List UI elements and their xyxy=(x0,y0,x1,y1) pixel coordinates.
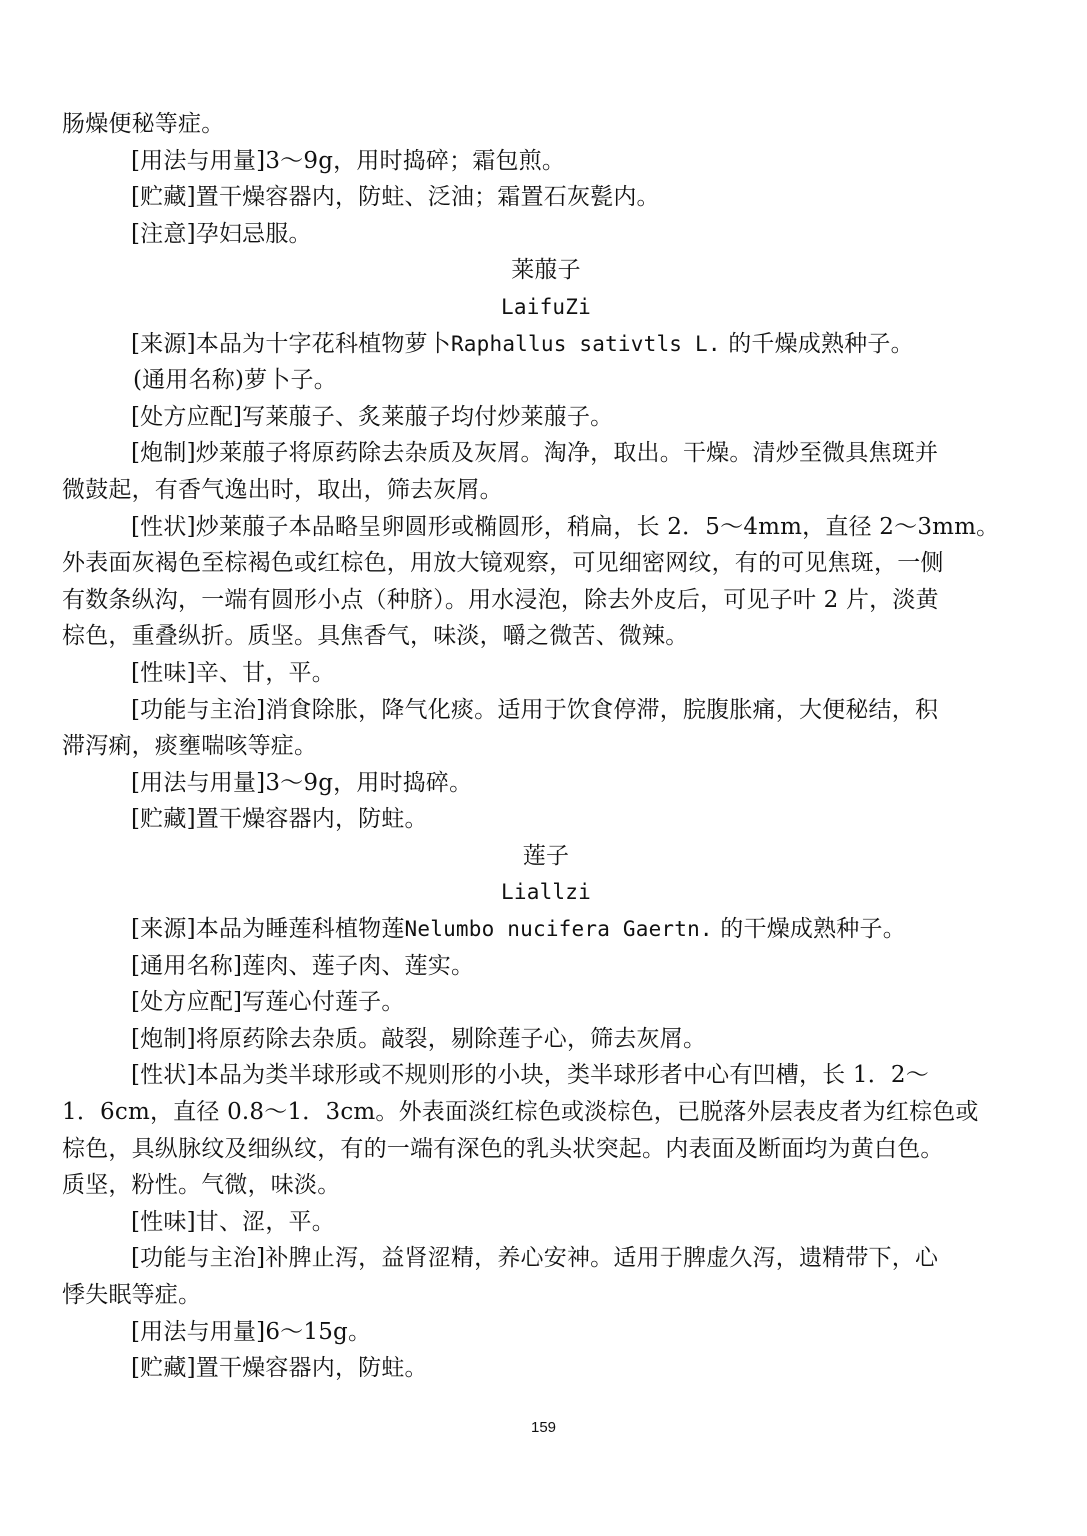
description-line: [性状]炒莱菔子本品略呈卵圆形或椭圆形，稍扁，长 2．5～4mm，直径 2～3m… xyxy=(62,509,1030,546)
entry-source: [来源]本品为睡莲科植物莲Nelumbo nucifera Gaertn. 的干… xyxy=(62,911,1030,948)
page-number: 159 xyxy=(0,1419,1087,1436)
nature-flavor: [性味]辛、甘，平。 xyxy=(62,655,1030,692)
storage: [贮藏]置干燥容器内，防蛀、泛油；霜置石灰甏内。 xyxy=(62,179,1030,216)
description-line: 外表面灰褐色至棕褐色或红棕色，用放大镜观察，可见细密网纹，有的可见焦斑，一侧 xyxy=(62,545,1030,582)
entry-pinyin: Liallzi xyxy=(62,874,1030,911)
latin-name: Nelumbo nucifera Gaertn. xyxy=(405,917,713,941)
functions-line: [功能与主治]消食除胀，降气化痰。适用于饮食停滞，脘腹胀痛，大便秘结，积 xyxy=(62,692,1030,729)
description-line: 棕色，具纵脉纹及细纵纹，有的一端有深色的乳头状突起。内表面及断面均为黄白色。 xyxy=(62,1131,1030,1168)
prescription: [处方应配]写莱菔子、炙莱菔子均付炒莱菔子。 xyxy=(62,399,1030,436)
caution: [注意]孕妇忌服。 xyxy=(62,216,1030,253)
storage: [贮藏]置干燥容器内，防蛀。 xyxy=(62,801,1030,838)
source-suffix: 的千燥成熟种子。 xyxy=(728,331,914,357)
source-prefix: [来源]本品为睡莲科植物莲 xyxy=(131,916,405,942)
entry-title: 莲子 xyxy=(62,838,1030,875)
description-line: 质坚，粉性。气微，味淡。 xyxy=(62,1167,1030,1204)
functions-line: 悸失眠等症。 xyxy=(62,1277,1030,1314)
entry-source: [来源]本品为十字花科植物萝卜Raphallus sativtls L. 的千燥… xyxy=(62,326,1030,363)
processing-line: 微鼓起，有香气逸出时，取出，筛去灰屑。 xyxy=(62,472,1030,509)
storage: [贮藏]置干燥容器内，防蛀。 xyxy=(62,1350,1030,1387)
document-page: 肠燥便秘等症。 [用法与用量]3～9g，用时捣碎；霜包煎。 [贮藏]置干燥容器内… xyxy=(62,106,1030,1387)
latin-name: Raphallus sativtls L. xyxy=(451,332,721,356)
usage-dosage: [用法与用量]6～15g。 xyxy=(62,1314,1030,1351)
functions-line: [功能与主治]补脾止泻，益肾涩精，养心安神。适用于脾虚久泻，遗精带下，心 xyxy=(62,1240,1030,1277)
description-line: 有数条纵沟，一端有圆形小点（种脐）。用水浸泡，除去外皮后，可见子叶 2 片，淡黄 xyxy=(62,582,1030,619)
continuation-text: 肠燥便秘等症。 xyxy=(62,106,1030,143)
source-suffix: 的干燥成熟种子。 xyxy=(720,916,906,942)
nature-flavor: [性味]甘、涩，平。 xyxy=(62,1204,1030,1241)
prescription: [处方应配]写莲心付莲子。 xyxy=(62,984,1030,1021)
description-line: 棕色，重叠纵折。质坚。具焦香气，味淡，嚼之微苦、微辣。 xyxy=(62,618,1030,655)
usage-dosage: [用法与用量]3～9g，用时捣碎。 xyxy=(62,765,1030,802)
common-name: [通用名称]莲肉、莲子肉、莲实。 xyxy=(62,948,1030,985)
usage-dosage: [用法与用量]3～9g，用时捣碎；霜包煎。 xyxy=(62,143,1030,180)
entry-pinyin: LaifuZi xyxy=(62,289,1030,326)
description-line: [性状]本品为类半球形或不规则形的小块，类半球形者中心有凹槽，长 1．2～ xyxy=(62,1057,1030,1094)
common-name: (通用名称)萝卜子。 xyxy=(62,362,1030,399)
functions-line: 滞泻痢，痰壅喘咳等症。 xyxy=(62,728,1030,765)
source-prefix: [来源]本品为十字花科植物萝卜 xyxy=(131,331,451,357)
entry-title: 莱菔子 xyxy=(62,252,1030,289)
processing-line: [炮制]炒莱菔子将原药除去杂质及灰屑。淘净，取出。干燥。清炒至微具焦斑并 xyxy=(62,435,1030,472)
description-line: 1．6cm，直径 0.8～1．3cm。外表面淡红棕色或淡棕色，已脱落外层表皮者为… xyxy=(62,1094,1030,1131)
processing-line: [炮制]将原药除去杂质。敲裂，剔除莲子心，筛去灰屑。 xyxy=(62,1021,1030,1058)
